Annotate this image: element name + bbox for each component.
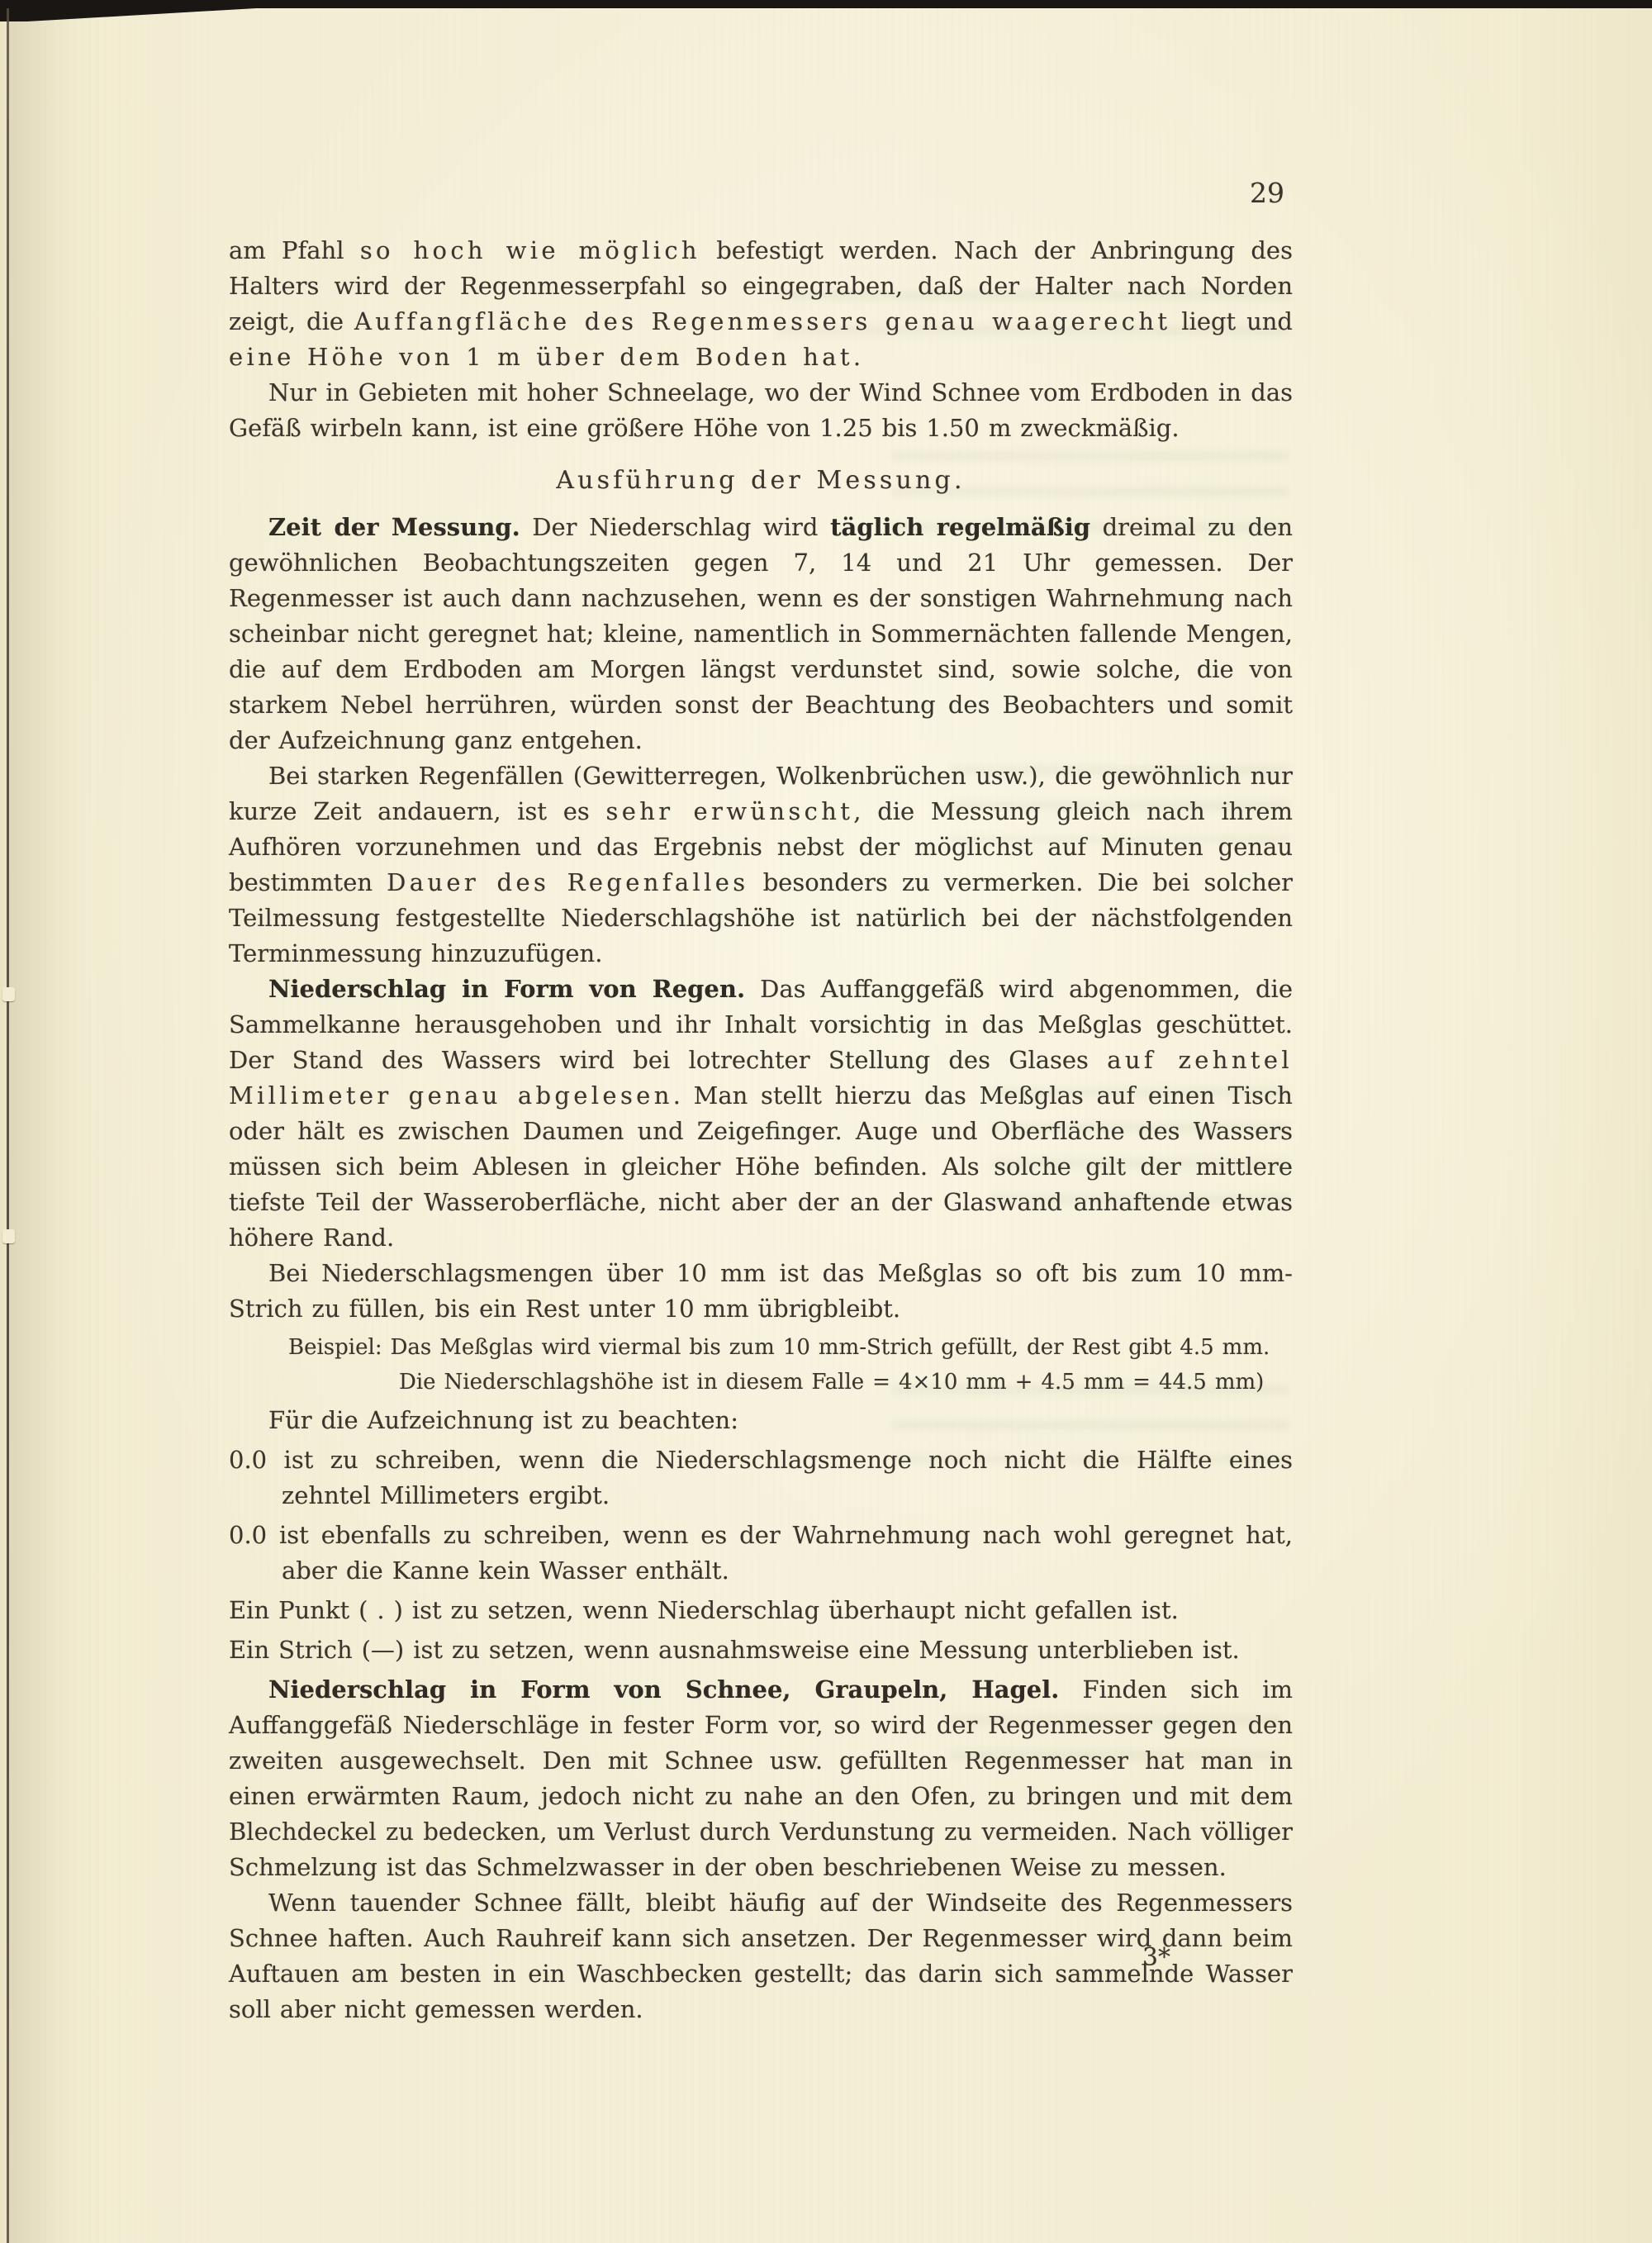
- text-run: am Pfahl: [229, 236, 360, 264]
- text-block: am Pfahl so hoch wie möglich befestigt w…: [229, 233, 1293, 2027]
- text-run: Finden sich im Auffanggefäß Niederschläg…: [229, 1675, 1293, 1881]
- list-item-strich: Ein Strich (—) ist zu setzen, wenn ausna…: [229, 1632, 1293, 1668]
- text-run: Ein Strich (—) ist zu setzen, wenn ausna…: [229, 1636, 1240, 1664]
- text-run: Zeit der Messung.: [268, 513, 520, 541]
- list-item-punkt: Ein Punkt ( . ) ist zu setzen, wenn Nied…: [229, 1593, 1293, 1628]
- text-run: Bei Niederschlagsmengen über 10 mm ist d…: [229, 1259, 1293, 1323]
- text-run: Die Niederschlagshöhe ist in diesem Fall…: [399, 1370, 1264, 1395]
- section-heading-ausfuehrung: Ausführung der Messung.: [229, 463, 1293, 499]
- text-run: so hoch wie möglich: [360, 236, 700, 264]
- text-run: 0.0 ist ebenfalls zu schreiben, wenn es …: [229, 1521, 1293, 1585]
- page-number: 29: [229, 177, 1293, 210]
- paragraph-snow-regions: Nur in Gebieten mit hoher Schneelage, wo…: [229, 375, 1293, 446]
- text-run: 0.0 ist zu schreiben, wenn die Niedersch…: [229, 1446, 1293, 1509]
- text-run: eine Höhe von 1 m über dem Boden hat: [229, 343, 853, 371]
- text-run: täglich regelmäßig: [830, 513, 1090, 541]
- example-line-1: Beispiel: Das Meßglas wird viermal bis z…: [229, 1330, 1293, 1365]
- text-run: Auffangfläche des Regenmessers genau waa…: [354, 307, 1170, 335]
- paragraph-ueber-10mm: Bei Niederschlagsmengen über 10 mm ist d…: [229, 1256, 1293, 1327]
- text-run: Der Niederschlag wird: [520, 513, 830, 541]
- text-run: Ein Punkt ( . ) ist zu setzen, wenn Nied…: [229, 1596, 1179, 1624]
- text-run: liegt und: [1170, 307, 1293, 335]
- binding-gutter-shadow: [9, 0, 79, 2243]
- paragraph-starke-regenfaelle: Bei starken Regenfällen (Gewitterregen, …: [229, 758, 1293, 972]
- list-item-00-half: 0.0 ist zu schreiben, wenn die Niedersch…: [229, 1442, 1293, 1514]
- paragraph-aufzeichnung-intro: Für die Aufzeichnung ist zu beachten:: [229, 1403, 1293, 1438]
- binding-edge: [7, 8, 9, 2243]
- paragraph-regen: Niederschlag in Form von Regen. Das Auff…: [229, 972, 1293, 1256]
- scanned-book-page: 29 am Pfahl so hoch wie möglich befestig…: [0, 0, 1652, 2243]
- text-run: Beispiel: Das Meßglas wird viermal bis z…: [288, 1335, 1270, 1360]
- text-run: Ausführung der Messung.: [556, 466, 965, 495]
- paragraph-schnee: Niederschlag in Form von Schnee, Graupel…: [229, 1672, 1293, 1885]
- text-run: Niederschlag in Form von Schnee, Graupel…: [268, 1675, 1059, 1704]
- text-run: dreimal zu den gewöhnlichen Beobachtungs…: [229, 513, 1293, 754]
- scan-edge-top-wedge: [0, 0, 273, 21]
- example-line-2: Die Niederschlagshöhe ist in diesem Fall…: [229, 1365, 1293, 1399]
- text-run: Für die Aufzeichnung ist zu beachten:: [268, 1406, 738, 1434]
- paragraph-pole-mounting: am Pfahl so hoch wie möglich befestigt w…: [229, 233, 1293, 375]
- list-item-00-empty: 0.0 ist ebenfalls zu schreiben, wenn es …: [229, 1518, 1293, 1589]
- text-run: Niederschlag in Form von Regen.: [268, 975, 745, 1003]
- text-run: Dauer des Regenfalles: [387, 868, 748, 896]
- text-run: .: [853, 343, 861, 371]
- text-run: sehr erwünscht: [605, 797, 853, 825]
- signature-mark: 3*: [229, 1941, 1293, 1975]
- binding-edge-notch: [2, 987, 15, 1001]
- text-run: Nur in Gebieten mit hoher Schneelage, wo…: [229, 378, 1293, 442]
- paragraph-zeit-der-messung: Zeit der Messung. Der Niederschlag wird …: [229, 510, 1293, 758]
- binding-edge-notch: [2, 1229, 15, 1243]
